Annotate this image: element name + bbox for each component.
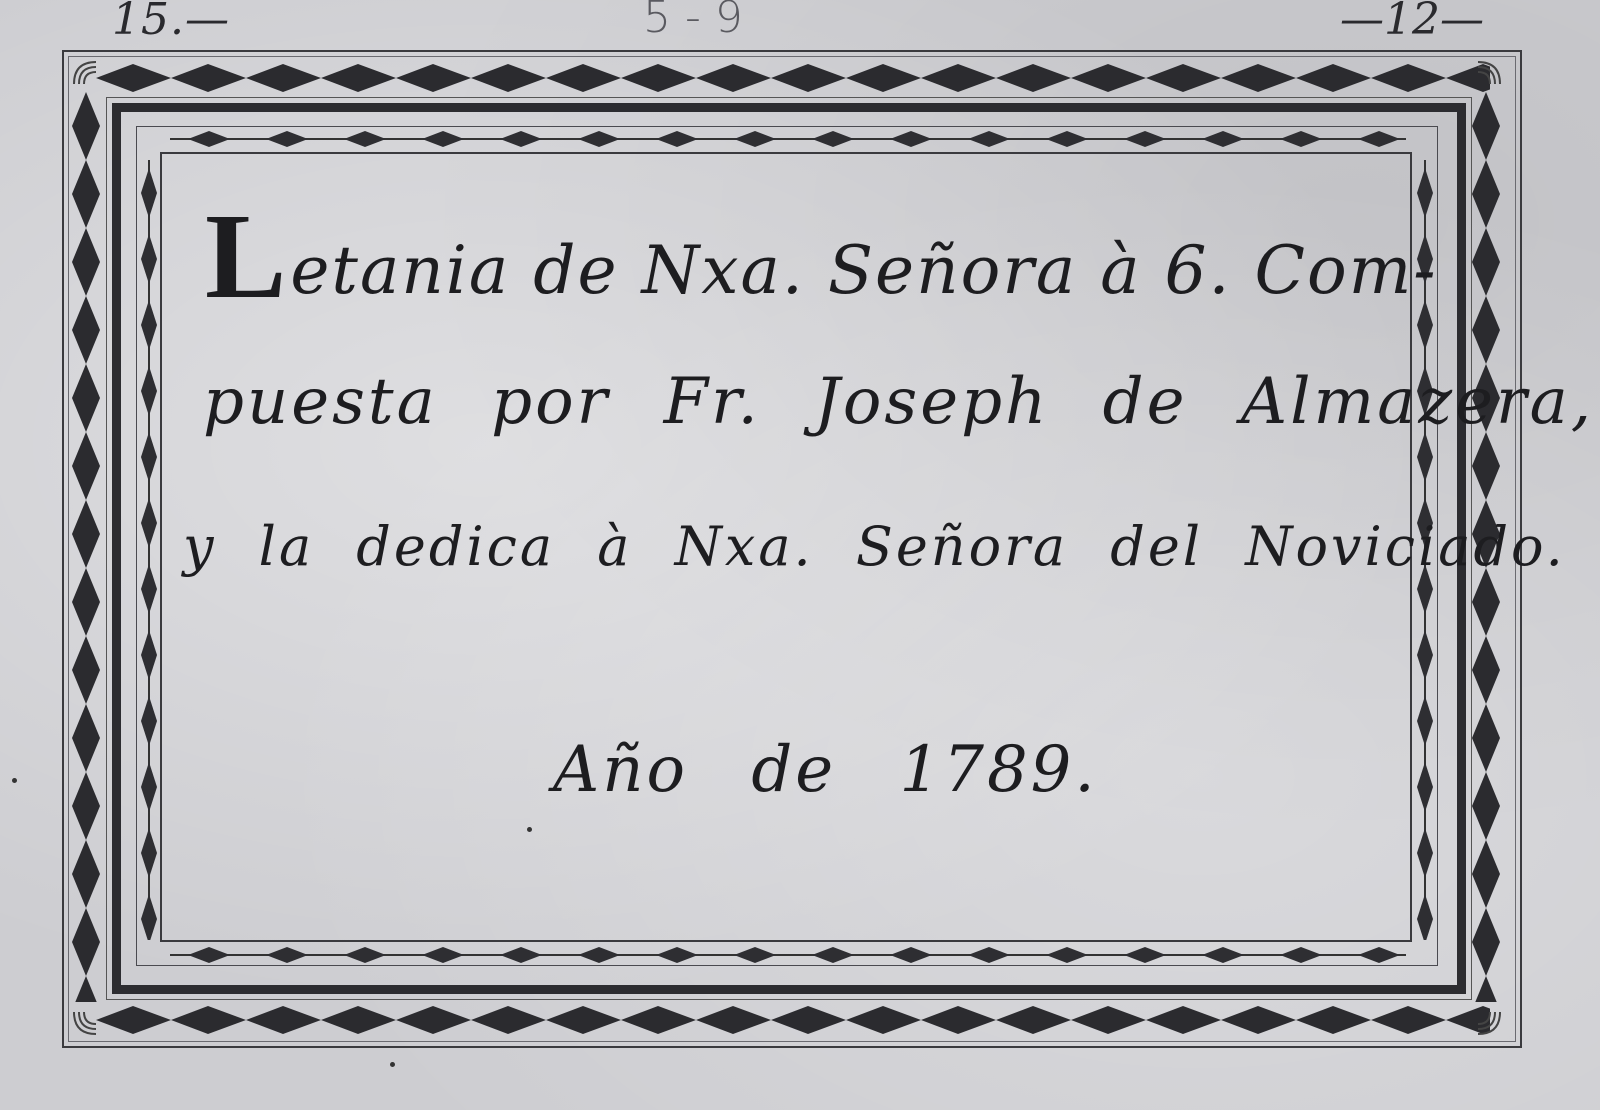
- outer-diamond-band-bottom: [96, 1000, 1490, 1040]
- corner-ornament-top-left: [70, 58, 100, 88]
- corner-ornament-bottom-right: [1474, 1008, 1504, 1038]
- inner-diamond-band-top: [170, 128, 1406, 150]
- drop-cap: L: [205, 189, 288, 324]
- outer-diamond-band-left: [66, 92, 106, 1002]
- inner-diamond-band-bottom: [170, 944, 1406, 966]
- title-text-block: Letania de Nxa. Señora à 6. Com- puesta …: [175, 165, 1405, 935]
- folio-number-right: —12—: [1340, 0, 1484, 45]
- inner-diamond-band-left: [138, 160, 160, 940]
- ink-speck: [527, 827, 532, 832]
- date-line: Año de 1789.: [553, 733, 1098, 807]
- corner-ornament-top-right: [1474, 58, 1504, 88]
- folio-number-left: 15.—: [112, 0, 230, 45]
- title-line-1-text: etania de Nxa. Señora à 6. Com-: [290, 232, 1437, 309]
- ink-speck: [390, 1062, 395, 1067]
- title-line-3: y la dedica à Nxa. Señora del Noviciado.: [183, 515, 1566, 578]
- corner-ornament-bottom-left: [70, 1008, 100, 1038]
- ink-speck: [12, 778, 17, 783]
- outer-diamond-band-top: [96, 58, 1490, 98]
- title-line-2: puesta por Fr. Joseph de Almazera,: [203, 365, 1594, 439]
- folio-number-center: 5 - 9: [643, 0, 743, 43]
- title-line-1: Letania de Nxa. Señora à 6. Com-: [205, 187, 1438, 327]
